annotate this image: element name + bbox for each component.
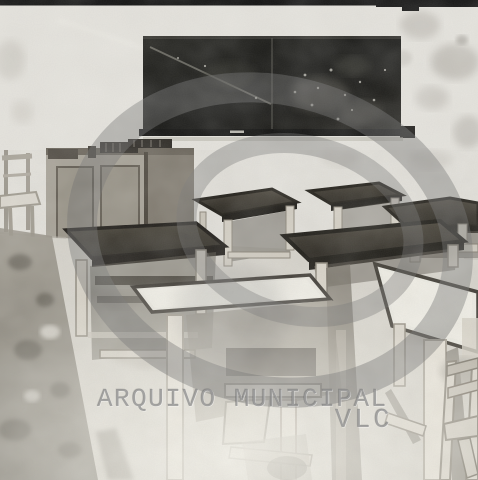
- archival-classroom-photo: ARQUIVO MUNICIPAL VLC: [0, 0, 478, 480]
- watermark-text-line2: VLC: [335, 406, 393, 436]
